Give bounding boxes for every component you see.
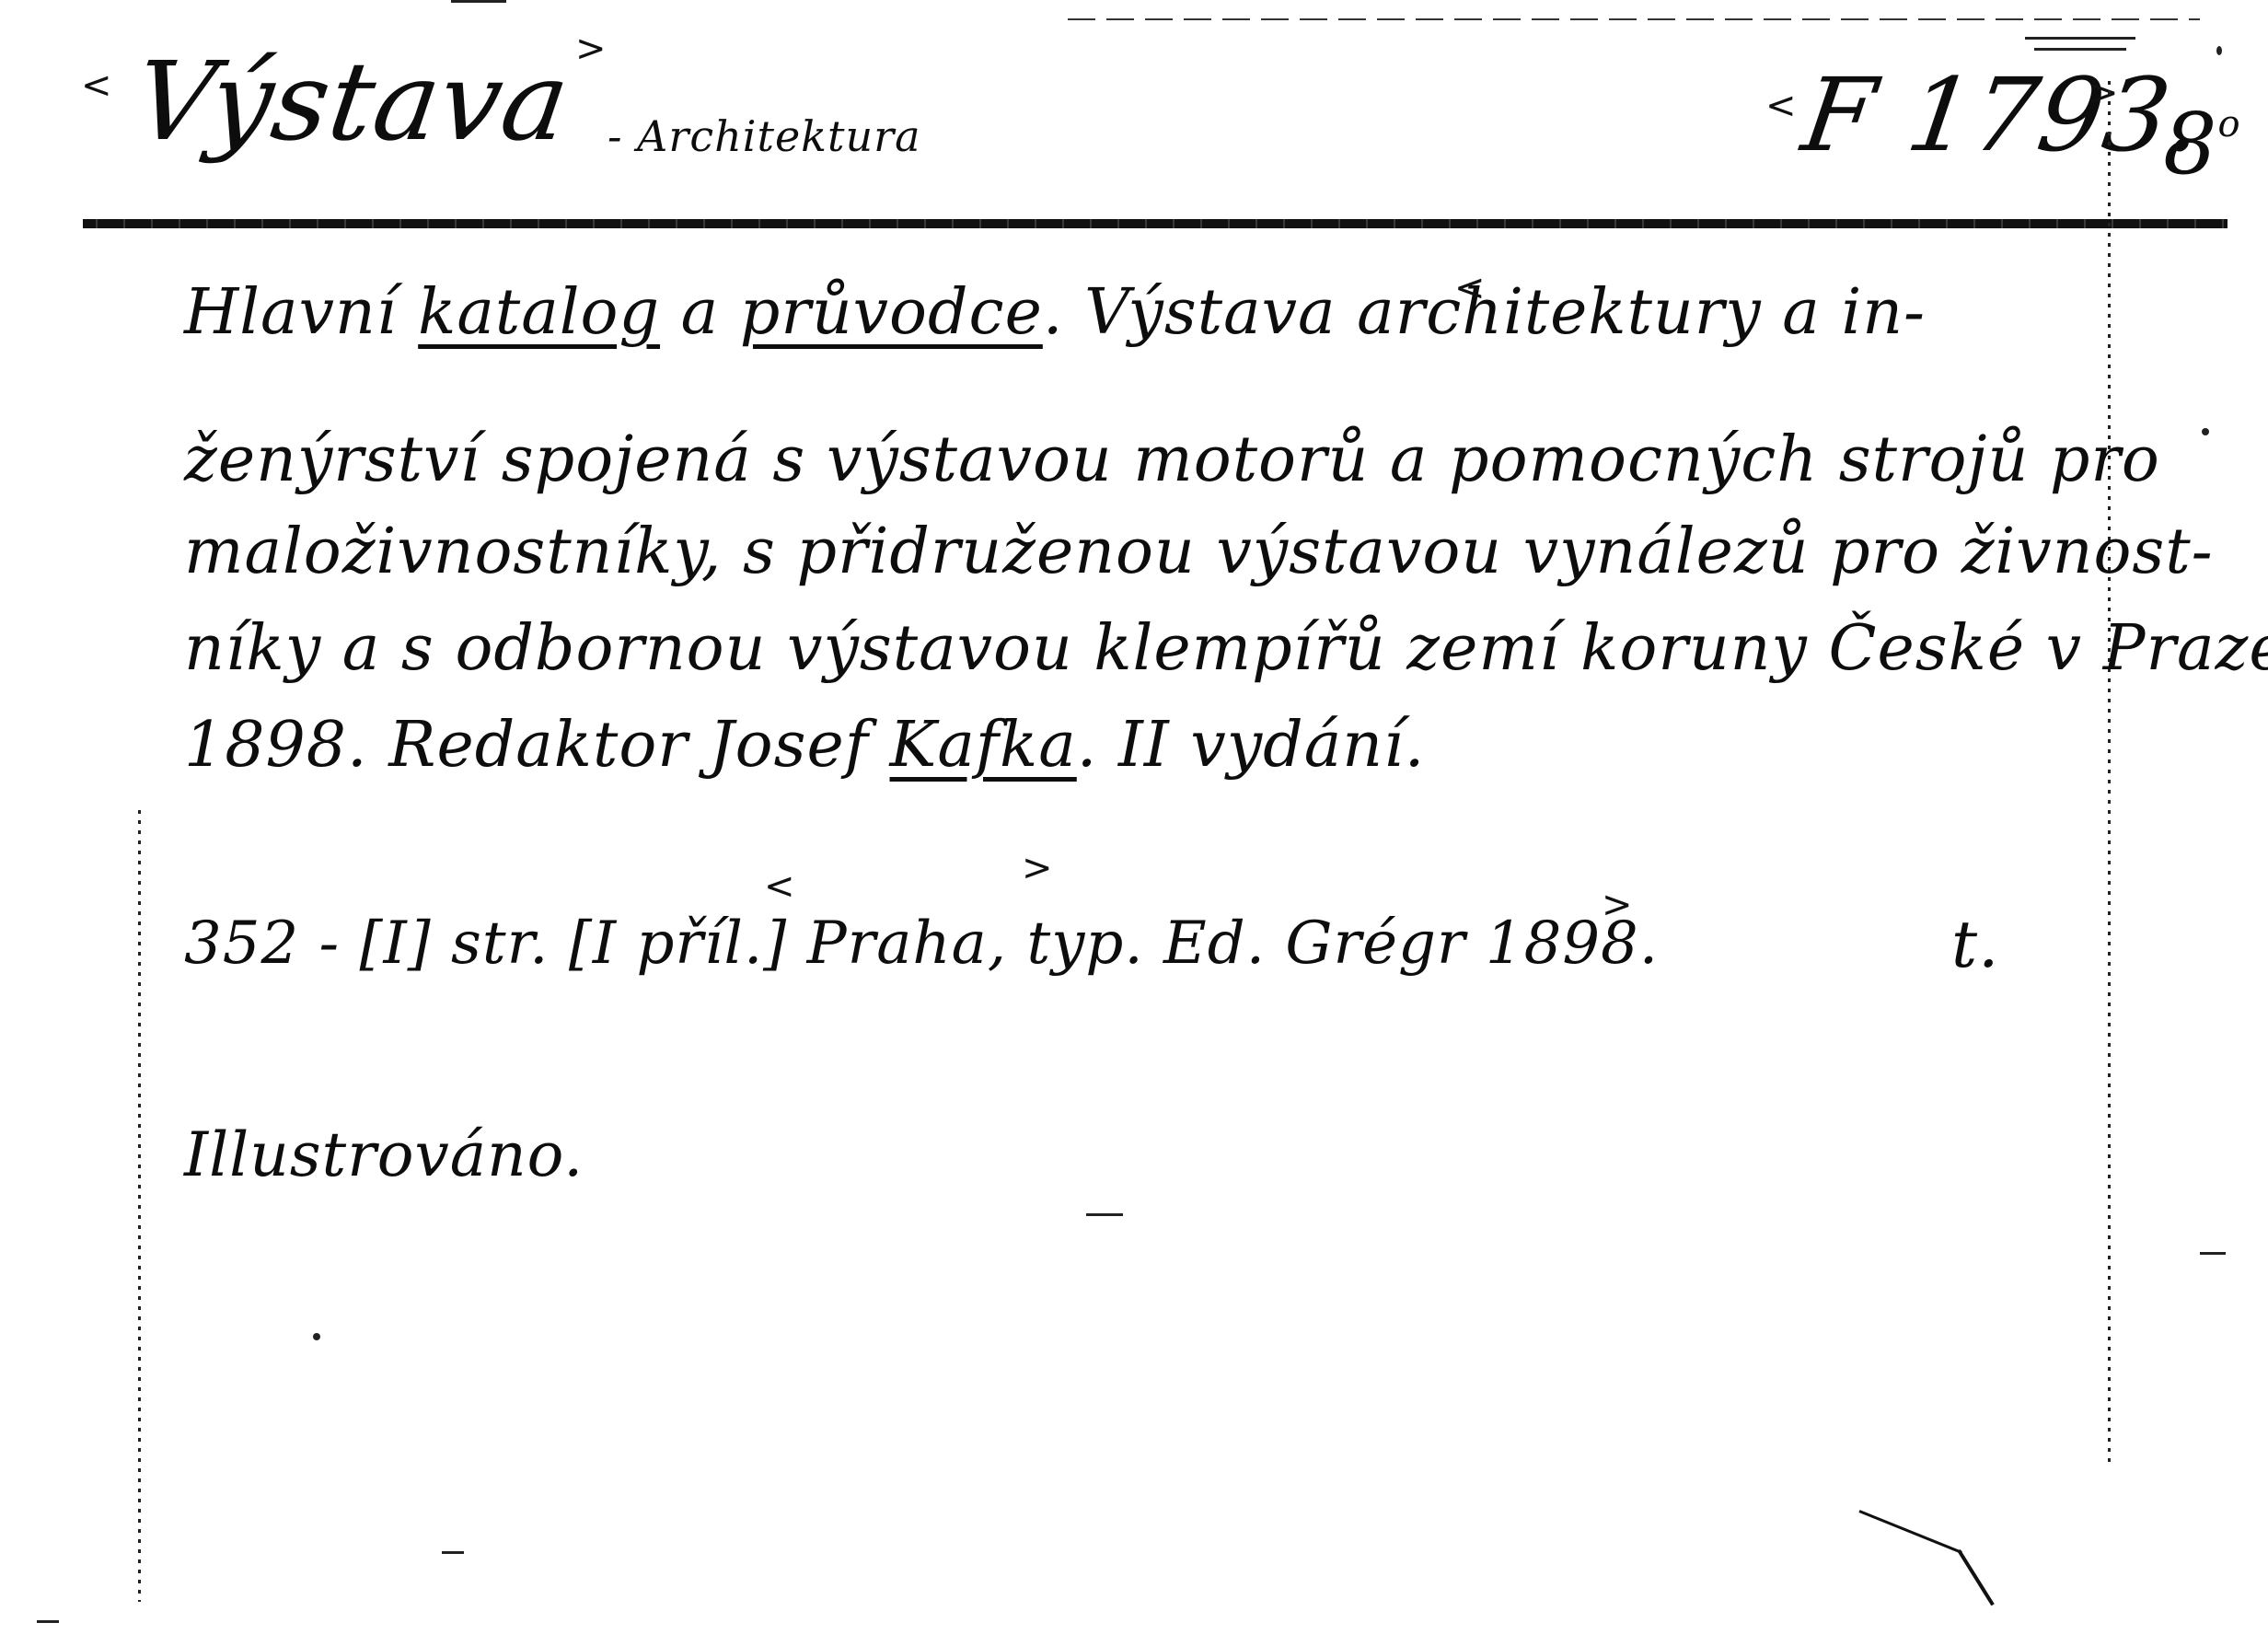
imprint-year: 1898. [1486, 910, 1659, 978]
heading-divider [83, 219, 2227, 228]
scan-artifact [451, 0, 506, 3]
imprint-open-mark: < [764, 865, 795, 908]
underlined-author: Kafka [890, 709, 1077, 782]
imprint-pages: 352 - [I] str. [I příl.] [184, 910, 787, 978]
scan-speck [313, 1333, 320, 1340]
heading-open-mark: < [81, 64, 112, 107]
left-margin-dots [138, 810, 141, 1602]
format-size: 8o [2163, 74, 2241, 195]
scan-stroke [1858, 1510, 1961, 1554]
catalog-card: < Výstava > - Architektura < F 1793. > 8… [0, 0, 2268, 1646]
imprint-mark: > [1022, 847, 1053, 889]
call-number-close-mark: > [2088, 72, 2119, 114]
heading-close-mark: > [575, 28, 607, 70]
imprint-line: 352 - [I] str. [I příl.] Praha, typ. Ed.… [184, 907, 1659, 980]
scan-speck [2216, 46, 2222, 55]
right-margin-dots [2108, 81, 2111, 1462]
imprint-mark: > [1602, 884, 1633, 926]
scan-artifact [2025, 37, 2135, 40]
call-number: F 1793. [1796, 55, 2211, 175]
underlined-keyword: průvodce [740, 276, 1043, 349]
format-superscript: o [2218, 103, 2241, 145]
underlined-keyword: katalog [418, 276, 660, 349]
body-line-1: Hlavní katalog a průvodce. Výstava archi… [184, 276, 1926, 350]
scan-artifact [1086, 1213, 1123, 1216]
scan-artifact [442, 1551, 464, 1554]
scan-artifact [2200, 1252, 2226, 1255]
imprint-printer: typ. Ed. Grégr [1026, 910, 1465, 978]
body-line-5: 1898. Redaktor Josef Kafka. II vydání. [184, 709, 1425, 782]
body-line-2: ženýrství spojená s výstavou motorů a po… [184, 423, 2160, 497]
scan-speck [2202, 428, 2209, 435]
heading-title: Výstava [127, 37, 577, 166]
format-value: 8 [2163, 95, 2218, 193]
scan-stroke [1957, 1549, 1994, 1605]
call-number-open-mark: < [1765, 85, 1797, 127]
shelf-mark: t. [1951, 907, 1999, 982]
scan-artifact [1068, 18, 2200, 20]
illustration-note: Illustrováno. [184, 1119, 584, 1192]
scan-artifact [2034, 48, 2126, 51]
heading-subject: - Architektura [607, 110, 921, 162]
insert-mark: < [1454, 267, 1486, 309]
body-line-4: níky a s odbornou výstavou klempířů zemí… [184, 612, 2268, 686]
body-line-3: maloživnostníky, s přidruženou výstavou … [184, 516, 2214, 589]
scan-artifact [37, 1620, 59, 1623]
imprint-place: Praha, [807, 910, 1008, 978]
